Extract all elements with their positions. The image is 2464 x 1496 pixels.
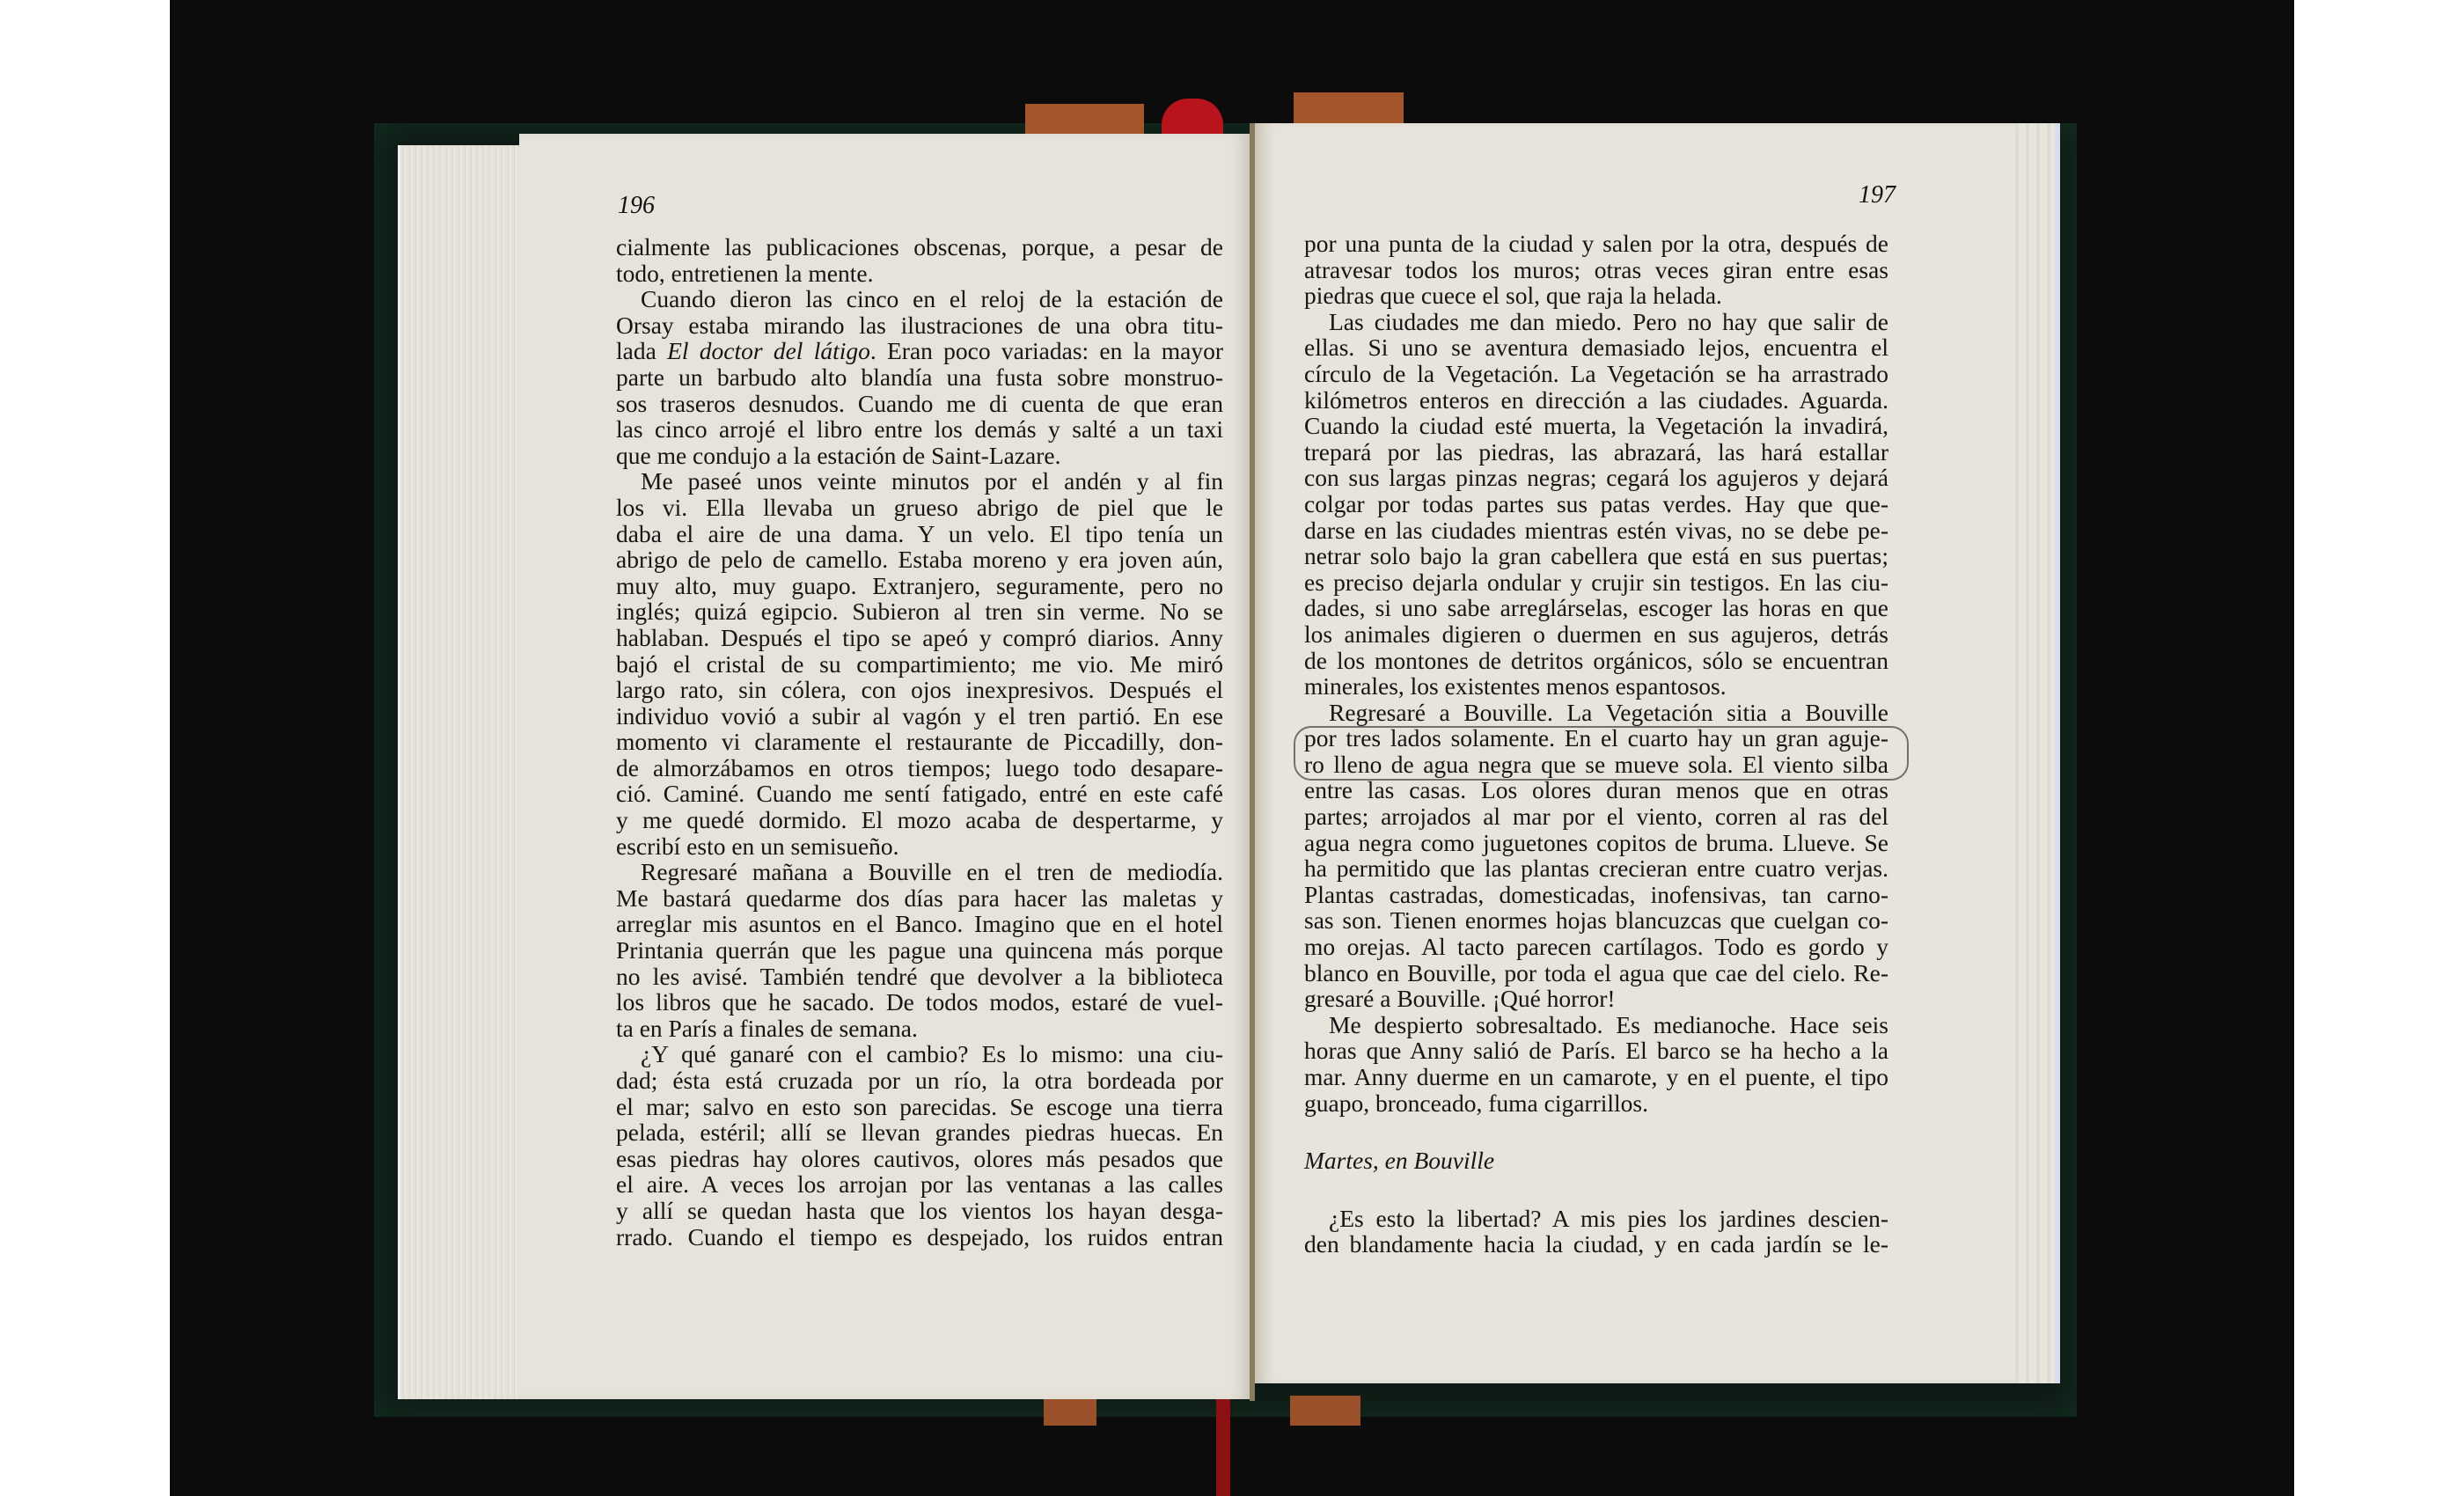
text-line: escribí esto en un semisueño. [616, 833, 1223, 860]
text-line: gresaré a Bouville. ¡Qué horror! [1304, 986, 1888, 1012]
text-line: ellas. Si uno se aventura demasiado lejo… [1304, 334, 1888, 361]
text-line: minerales, los existentes menos espantos… [1304, 673, 1888, 700]
text-line: darse en las ciudades mientras estén viv… [1304, 517, 1888, 544]
text-line: den blandamente hacia la ciudad, y en ca… [1304, 1231, 1888, 1258]
text-line: cialmente las publicaciones obscenas, po… [616, 234, 1223, 260]
text-line: piedras que cuece el sol, que raja la he… [1304, 282, 1888, 309]
text-line: Cuando dieron las cinco en el reloj de l… [616, 286, 1223, 312]
tailband-left [1044, 1396, 1096, 1426]
page-number-right: 197 [1859, 181, 1896, 209]
text-line: pelada, estéril; allí se llevan grandes … [616, 1119, 1223, 1146]
text-line: el mar; salvo en esto son parecidas. Se … [616, 1094, 1223, 1120]
text-line: ¿Y qué ganaré con el cambio? Es lo mismo… [616, 1041, 1223, 1067]
text-line: por tres lados solamente. En el cuarto h… [1304, 725, 1888, 752]
text-line: trepará por las piedras, las abrazará, l… [1304, 439, 1888, 466]
text-line: por una punta de la ciudad y salen por l… [1304, 231, 1888, 257]
text-line: atravesar todos los muros; otras veces g… [1304, 257, 1888, 283]
text-line: abrigo de pelo de camello. Estaba moreno… [616, 546, 1223, 573]
text-line: agua negra como juguetones copitos de br… [1304, 830, 1888, 856]
text-line: los libros que he sacado. De todos modos… [616, 989, 1223, 1016]
text-line: Orsay estaba mirando las ilustraciones d… [616, 312, 1223, 339]
text-line: ¿Es esto la libertad? A mis pies los jar… [1304, 1206, 1888, 1232]
text-line: bajó el cristal de su compartimiento; me… [616, 651, 1223, 678]
text-line: rrado. Cuando el tiempo es despejado, lo… [616, 1224, 1223, 1250]
text-line: netrar solo bajo la gran cabellera que e… [1304, 543, 1888, 569]
text-line: con sus largas pinzas negras; cegará los… [1304, 465, 1888, 491]
text-line: el aire. A veces los arrojan por las ven… [616, 1171, 1223, 1198]
text-line: mo orejas. Al tacto parecen cartílagos. … [1304, 934, 1888, 960]
tailband-right [1290, 1396, 1360, 1426]
headband-right [1294, 92, 1404, 128]
page-number-left: 196 [618, 192, 655, 220]
text-line: muy alto, muy guapo. Extranjero, seguram… [616, 573, 1223, 599]
text-line: Printania querrán que les pague una quin… [616, 937, 1223, 964]
text-line: ha permitido que las plantas crecieran e… [1304, 855, 1888, 882]
text-line: esas piedras hay olores cautivos, olores… [616, 1146, 1223, 1172]
section-heading: Martes, en Bouville [1304, 1148, 1888, 1174]
text-line: Me bastará quedarme dos días para hacer … [616, 885, 1223, 912]
text-line: y allí se quedan hasta que los vientos l… [616, 1198, 1223, 1224]
text-line: momento vi claramente el restaurante de … [616, 729, 1223, 755]
text-line: los animales digieren o duermen en sus a… [1304, 621, 1888, 648]
text-line: Plantas castradas, domesticadas, inofens… [1304, 882, 1888, 908]
text-line: que me condujo a la estación de Saint-La… [616, 443, 1223, 469]
text-line: dad; ésta está cruzada por un río, la ot… [616, 1067, 1223, 1094]
text-line: círculo de la Vegetación. La Vegetación … [1304, 361, 1888, 387]
text-line: las cinco arrojé el libro entre los demá… [616, 416, 1223, 443]
text-line: individuo vovió a subir al vagón y el tr… [616, 703, 1223, 730]
text-line: Las ciudades me dan miedo. Pero no hay q… [1304, 309, 1888, 335]
text-line: sos traseros desnudos. Cuando me di cuen… [616, 391, 1223, 417]
text-line: de almorzábamos en otros tiempos; luego … [616, 755, 1223, 781]
text-line: Me despierto sobresaltado. Es medianoche… [1304, 1012, 1888, 1038]
text-line: Regresaré mañana a Bouville en el tren d… [616, 859, 1223, 885]
text-line: entre las casas. Los olores duran menos … [1304, 777, 1888, 803]
text-line: de los montones de detritos orgánicos, s… [1304, 648, 1888, 674]
spacer [1304, 1174, 1888, 1206]
text-line: arreglar mis asuntos en el Banco. Imagin… [616, 911, 1223, 937]
text-line: y me quedé dormido. El mozo acaba de des… [616, 807, 1223, 833]
left-page-text: cialmente las publicaciones obscenas, po… [616, 234, 1223, 1250]
text-line: kilómetros enteros en dirección a las ci… [1304, 387, 1888, 414]
text-line: daba el aire de una dama. Y un velo. El … [616, 521, 1223, 547]
text-line: dades, si uno sabe arreglárselas, escoge… [1304, 595, 1888, 621]
text-line: guapo, bronceado, fuma cigarrillos. [1304, 1090, 1888, 1117]
text-line: Me paseé unos veinte minutos por el andé… [616, 468, 1223, 495]
text-line: ta en París a finales de semana. [616, 1016, 1223, 1042]
text-line: blanco en Bouville, por toda el agua que… [1304, 960, 1888, 986]
text-line: partes; arrojados al mar por el viento, … [1304, 803, 1888, 830]
text-line: colgar por todas partes sus patas verdes… [1304, 491, 1888, 517]
text-line: mar. Anny duerme en un camarote, y en el… [1304, 1064, 1888, 1090]
text-line: largo rato, sin cólera, con ojos inexpre… [616, 677, 1223, 703]
text-line: parte un barbudo alto blandía una fusta … [616, 364, 1223, 391]
bookmark-ribbon [1216, 1390, 1230, 1496]
text-line: Cuando la ciudad esté muerta, la Vegetac… [1304, 413, 1888, 439]
text-line: inglés; quizá egipcio. Subieron al tren … [616, 598, 1223, 625]
text-line: todo, entretienen la mente. [616, 260, 1223, 287]
text-line: ro lleno de agua negra que se mueve sola… [1304, 752, 1888, 778]
text-line: lada El doctor del látigo. Eran poco var… [616, 338, 1223, 364]
text-line: sas son. Tienen enormes hojas blancuzcas… [1304, 907, 1888, 934]
text-line: horas que Anny salió de París. El barco … [1304, 1038, 1888, 1064]
text-line: hablaban. Después el tipo se apeó y comp… [616, 625, 1223, 651]
text-line: es preciso dejarla ondular y crujir sin … [1304, 569, 1888, 596]
text-line: los vi. Ella llevaba un grueso abrigo de… [616, 495, 1223, 521]
right-page-text: por una punta de la ciudad y salen por l… [1304, 231, 1888, 1258]
page-stack-left [398, 145, 524, 1399]
text-line: ció. Caminé. Cuando me sentí fatigado, e… [616, 781, 1223, 807]
spacer [1304, 1116, 1888, 1148]
page-stack-right [2015, 123, 2060, 1383]
text-line: Regresaré a Bouville. La Vegetación siti… [1304, 700, 1888, 726]
text-line: no les avisé. También tendré que devolve… [616, 964, 1223, 990]
